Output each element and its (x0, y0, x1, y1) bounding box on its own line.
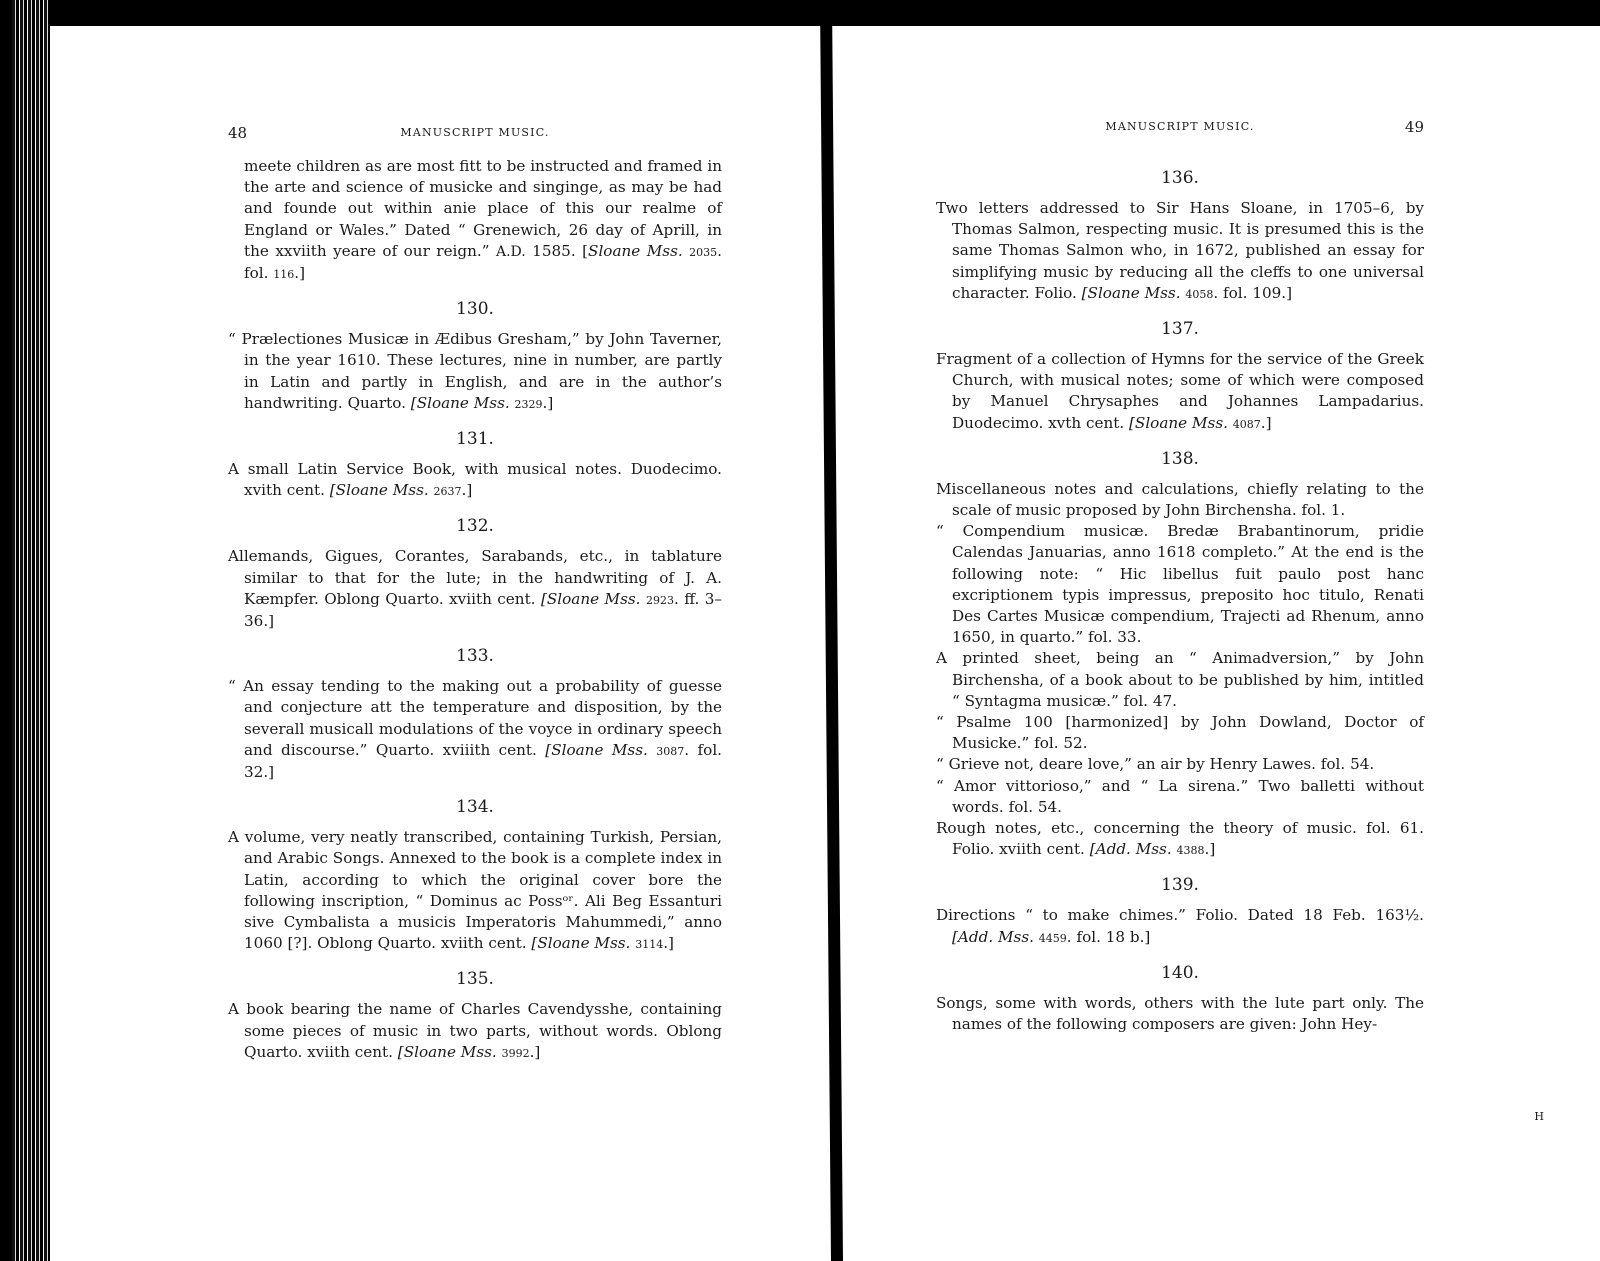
entry-description: Songs, some with words, others with the … (936, 993, 1424, 1035)
entry-description: A small Latin Service Book, with musical… (228, 459, 722, 502)
catalogue-entry: 136.Two letters addressed to Sir Hans Sl… (936, 168, 1424, 305)
catalogue-entry: 134.A volume, very neatly transcribed, c… (228, 797, 722, 955)
running-head-title: MANUSCRIPT MUSIC. (936, 120, 1424, 133)
manuscript-reference: [Sloane Mss. (1082, 284, 1181, 302)
manuscript-number: 4388 (1177, 844, 1205, 857)
right-page: MANUSCRIPT MUSIC. 49 136.Two letters add… (936, 0, 1424, 1261)
entry-description: Fragment of a collection of Hymns for th… (936, 349, 1424, 435)
entry-number: 132. (228, 516, 722, 536)
manuscript-reference: [Sloane Mss. (531, 934, 630, 952)
manuscript-reference: [Sloane Mss. (545, 741, 648, 759)
entries: 130.“ Prælectiones Musicæ in Ædibus Gres… (228, 299, 722, 1064)
entry-number: 134. (228, 797, 722, 817)
entry-number: 136. (936, 168, 1424, 188)
entries: 136.Two letters addressed to Sir Hans Sl… (936, 168, 1424, 1035)
entry-description: “ Prælectiones Musicæ in Ædibus Gresham,… (228, 329, 722, 415)
manuscript-reference: [Sloane Mss. (398, 1043, 497, 1061)
manuscript-reference: [Sloane Mss. (541, 590, 641, 608)
entry-number: 133. (228, 646, 722, 666)
entry-description: “ Psalme 100 [harmonized] by John Dowlan… (936, 712, 1424, 754)
manuscript-number: 4459 (1039, 932, 1067, 945)
page-body: meete children as are most fitt to be in… (228, 156, 722, 1064)
entry-number: 135. (228, 969, 722, 989)
manuscript-reference: [Add. Mss. (1090, 840, 1172, 858)
entry-number: 140. (936, 963, 1424, 983)
entry-description: “ Amor vittorioso,” and “ La sirena.” Tw… (936, 776, 1424, 818)
entry-number: 138. (936, 449, 1424, 469)
book-page-edges (0, 0, 50, 1261)
catalogue-entry: 137.Fragment of a collection of Hymns fo… (936, 319, 1424, 435)
entry-number: 130. (228, 299, 722, 319)
manuscript-number: 2637 (434, 485, 462, 498)
running-head: MANUSCRIPT MUSIC. 49 (936, 118, 1424, 138)
manuscript-number: 3992 (502, 1047, 530, 1060)
catalogue-entry: 135.A book bearing the name of Charles C… (228, 969, 722, 1064)
entry-number: 137. (936, 319, 1424, 339)
entry-description: Two letters addressed to Sir Hans Sloane… (936, 198, 1424, 305)
running-head-title: MANUSCRIPT MUSIC. (228, 126, 722, 139)
book-gutter (820, 0, 843, 1261)
left-page: 48 MANUSCRIPT MUSIC. meete children as a… (228, 0, 722, 1261)
entry-description: Rough notes, etc., concerning the theory… (936, 818, 1424, 861)
continuation-paragraph: meete children as are most fitt to be in… (228, 156, 722, 285)
manuscript-number: 4058 (1185, 288, 1213, 301)
entry-description: A volume, very neatly transcribed, conta… (228, 827, 722, 955)
manuscript-reference: [Sloane Mss. (330, 481, 429, 499)
manuscript-number: 3114 (635, 938, 663, 951)
entry-description: “ Grieve not, deare love,” an air by Hen… (936, 754, 1424, 775)
manuscript-number: 4087 (1233, 418, 1261, 431)
entry-description: “ An essay tending to the making out a p… (228, 676, 722, 783)
page-body: 136.Two letters addressed to Sir Hans Sl… (936, 154, 1424, 1035)
manuscript-number: 2923 (646, 594, 674, 607)
manuscript-number: 3087 (656, 745, 684, 758)
signature-mark: H (1534, 1110, 1544, 1123)
manuscript-reference: [Add. Mss. (952, 928, 1034, 946)
entry-description: Directions “ to make chimes.” Folio. Dat… (936, 905, 1424, 948)
page-number: 49 (1405, 118, 1424, 136)
running-head: 48 MANUSCRIPT MUSIC. (228, 124, 722, 144)
entry-description: A book bearing the name of Charles Caven… (228, 999, 722, 1064)
manuscript-number: 2329 (515, 398, 543, 411)
catalogue-entry: 130.“ Prælectiones Musicæ in Ædibus Gres… (228, 299, 722, 415)
catalogue-entry: 139.Directions “ to make chimes.” Folio.… (936, 875, 1424, 948)
entry-description: Allemands, Gigues, Corantes, Sarabands, … (228, 546, 722, 632)
catalogue-entry: 131.A small Latin Service Book, with mus… (228, 429, 722, 502)
catalogue-entry: 133.“ An essay tending to the making out… (228, 646, 722, 783)
entry-description: Miscellaneous notes and calculations, ch… (936, 479, 1424, 521)
manuscript-reference: [Sloane Mss. (1129, 414, 1228, 432)
manuscript-reference: [Sloane Mss. (411, 394, 510, 412)
entry-description: A printed sheet, being an “ Animadversio… (936, 648, 1424, 712)
entry-number: 131. (228, 429, 722, 449)
entry-number: 139. (936, 875, 1424, 895)
catalogue-entry: 140.Songs, some with words, others with … (936, 963, 1424, 1035)
entry-description: “ Compendium musicæ. Bredæ Brabantinorum… (936, 521, 1424, 648)
catalogue-entry: 138.Miscellaneous notes and calculations… (936, 449, 1424, 862)
catalogue-entry: 132.Allemands, Gigues, Corantes, Saraban… (228, 516, 722, 632)
